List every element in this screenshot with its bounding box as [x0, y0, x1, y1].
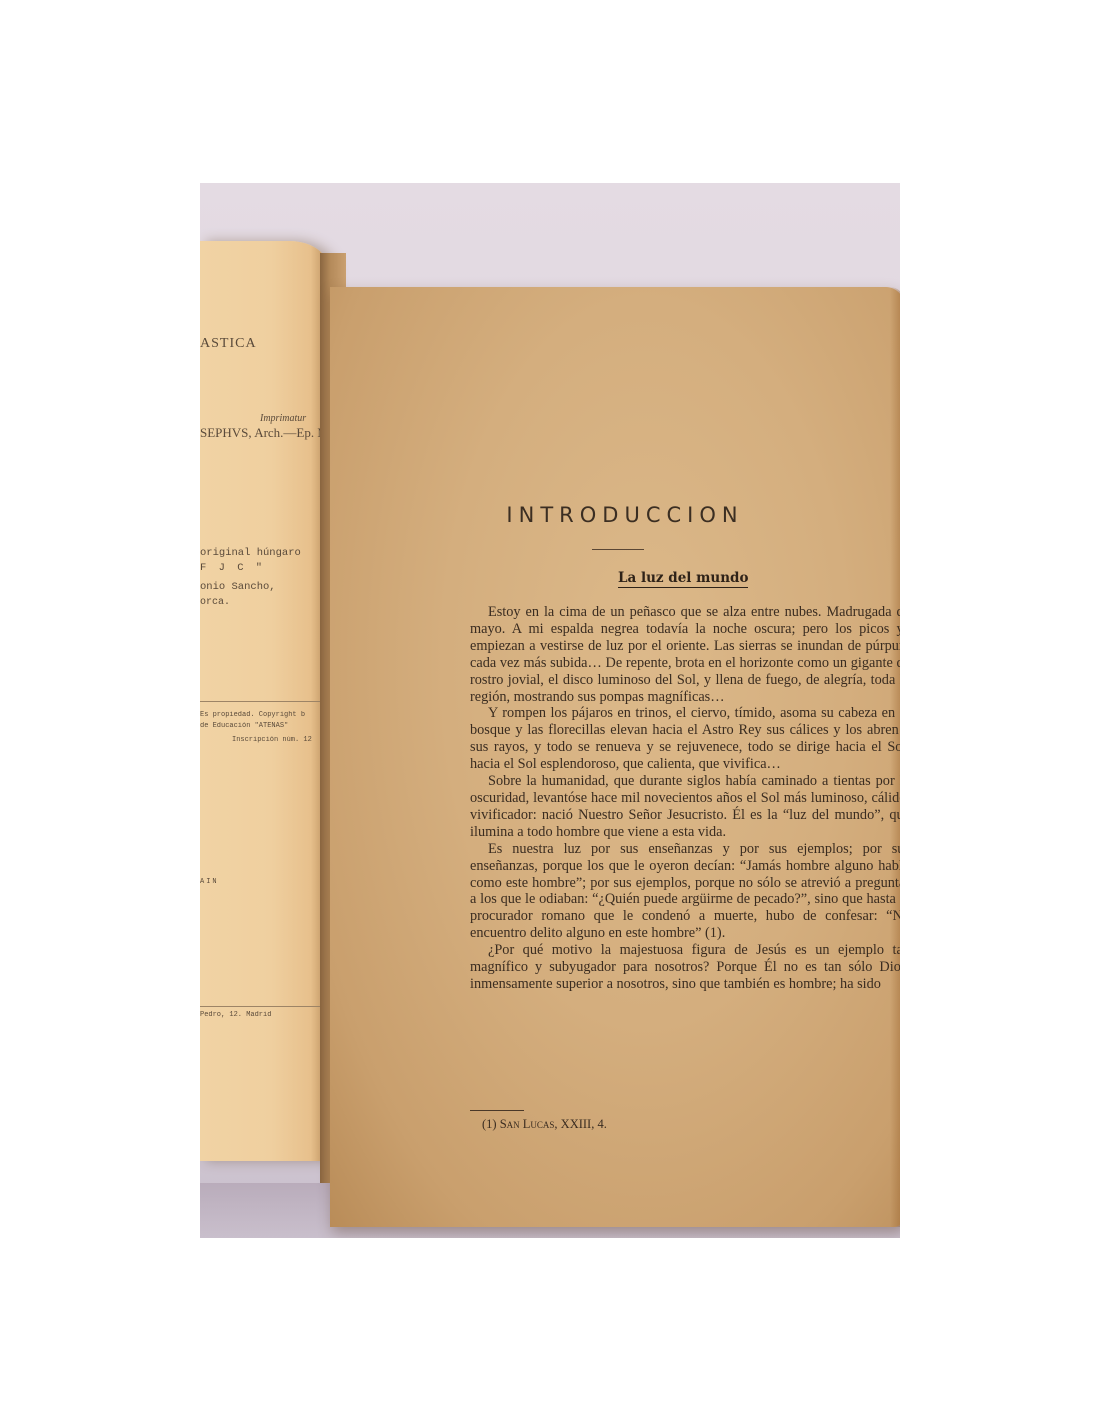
section-title: La luz del mundo	[618, 570, 748, 588]
book-photo: ASTICA Imprimatur SEPHVS, Arch.—Ep. M or…	[200, 183, 900, 1238]
paragraph: Sobre la humanidad, que durante siglos h…	[470, 773, 900, 841]
paragraph: Es nuestra luz por sus enseñanzas y por …	[470, 841, 900, 942]
left-page-line: de Educación "ATENAS"	[200, 722, 328, 730]
left-page-line: Pedro, 12. Madrid	[200, 1011, 328, 1019]
footnote: (1) San Lucas, XXIII, 4.	[482, 1117, 607, 1132]
left-page-line: F J C "	[200, 562, 328, 574]
left-page-line: SEPHVS, Arch.—Ep. M	[200, 425, 328, 441]
body-text: Estoy en la cima de un peñasco que se al…	[470, 604, 900, 993]
left-page-line: orca.	[200, 597, 328, 608]
right-page: INTRODUCCION La luz del mundo Estoy en l…	[330, 287, 900, 1227]
left-page-line: Es propiedad. Copyright b	[200, 711, 328, 719]
divider	[200, 701, 325, 702]
left-page: ASTICA Imprimatur SEPHVS, Arch.—Ep. M or…	[200, 241, 330, 1161]
left-page-line: onio Sancho,	[200, 581, 328, 593]
paragraph: Y rompen los pájaros en trinos, el cierv…	[470, 705, 900, 773]
divider	[200, 1006, 325, 1007]
footnote-rule	[470, 1110, 524, 1111]
title-rule	[592, 549, 644, 550]
left-page-line: original húngaro	[200, 547, 328, 559]
paragraph: ¿Por qué motivo la majestuosa figura de …	[470, 942, 900, 993]
paragraph: Estoy en la cima de un peñasco que se al…	[470, 604, 900, 705]
chapter-title: INTRODUCCION	[425, 503, 825, 527]
left-page-line: AIN	[200, 878, 328, 886]
left-page-line: ASTICA	[200, 336, 328, 352]
